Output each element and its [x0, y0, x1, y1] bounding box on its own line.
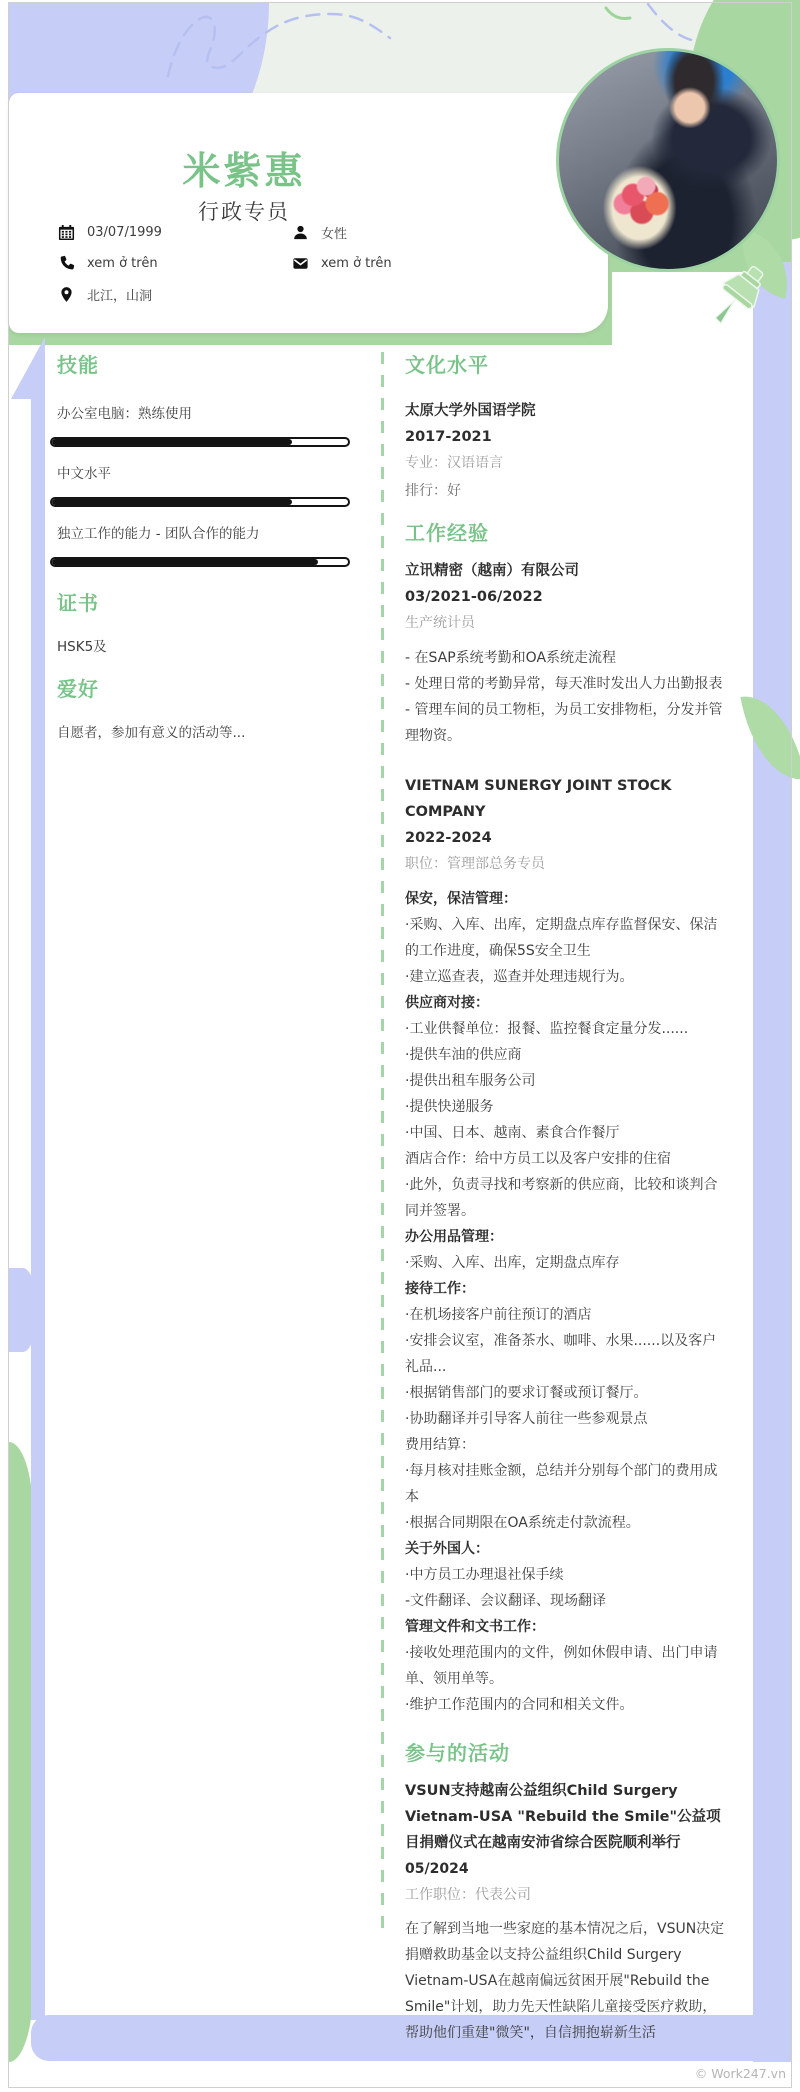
job-detail-line: ·在机场接客户前往预订的酒店 [405, 1302, 727, 1328]
candidate-name: 米紫惠 [9, 140, 479, 195]
skill-bar [50, 557, 350, 567]
job-detail-line: 供应商对接： [405, 990, 727, 1016]
skill-label: 办公室电脑：熟练使用 [57, 404, 350, 424]
contact-text: xem ở trên [87, 256, 158, 271]
job-detail-line: ·根据销售部门的要求订餐或预订餐厅。 [405, 1380, 727, 1406]
skill-item: 独立工作的能力 - 团队合作的能力 [50, 524, 350, 567]
job-detail-line: 关于外国人： [405, 1536, 727, 1562]
job-detail-line: 费用结算： [405, 1432, 727, 1458]
contact-text: xem ở trên [321, 256, 392, 271]
job-detail-line: - 处理日常的考勤异常，每天准时发出人力出勤报表 [405, 671, 727, 697]
contact-text: 北江，山洞 [87, 285, 152, 304]
education-school: 太原大学外国语学院 [405, 398, 727, 424]
resume-page: 米紫惠 行政专员 03/07/1999 女性 xem ở trên xem ở … [0, 0, 800, 2092]
job-detail-line: ·此外，负责寻找和考察新的供应商，比较和谈判合同并签署。 [405, 1172, 727, 1224]
contact-text: 女性 [321, 223, 347, 242]
left-column: 技能 办公室电脑：熟练使用 中文水平 独立工作的 [50, 345, 350, 744]
hobbies-heading: 爱好 [57, 676, 350, 702]
job-detail-line: ·提供车油的供应商 [405, 1042, 727, 1068]
contact-phone: xem ở trên [58, 253, 158, 273]
job-detail-line: ·根据合同期限在OA系统走付款流程。 [405, 1510, 727, 1536]
left-green-shape [9, 1442, 33, 2062]
contact-email: xem ở trên [292, 253, 392, 273]
left-lavender-bump [9, 1268, 37, 1352]
person-icon [292, 224, 309, 241]
skills-heading: 技能 [57, 352, 350, 378]
experience-heading: 工作经验 [405, 520, 727, 546]
column-divider [381, 352, 384, 1937]
job-position: 职位：管理部总务专员 [405, 851, 727, 877]
job-detail-line: - 在SAP系统考勤和OA系统走流程 [405, 645, 727, 671]
watermark: © Work247.vn [695, 2066, 786, 2081]
profile-photo [556, 48, 780, 272]
job-detail-line: 接待工作： [405, 1276, 727, 1302]
skill-item: 中文水平 [50, 464, 350, 507]
contact-text: 03/07/1999 [87, 225, 162, 240]
job-period: 2022-2024 [405, 825, 727, 851]
job-detail-line: ·中方员工办理退社保手续 [405, 1562, 727, 1588]
activity-role: 工作职位：代表公司 [405, 1882, 727, 1908]
job-detail-line: ·协助翻译并引导客人前往一些参观景点 [405, 1406, 727, 1432]
certificate-item: HSK5及 [57, 637, 350, 658]
job-detail-line: - 管理车间的员工物柜，为员工安排物柜，分发并管理物资。 [405, 697, 727, 749]
education-major: 专业：汉语语言 [405, 450, 727, 476]
job-period: 03/2021-06/2022 [405, 584, 727, 610]
skill-label: 独立工作的能力 - 团队合作的能力 [57, 524, 350, 544]
job-detail-line: 办公用品管理： [405, 1224, 727, 1250]
job-detail-line: -文件翻译、会议翻译、现场翻译 [405, 1588, 727, 1614]
skill-item: 办公室电脑：熟练使用 [50, 404, 350, 447]
job-entry: 立讯精密（越南）有限公司 03/2021-06/2022 生产统计员 - 在SA… [405, 558, 727, 749]
contact-gender: 女性 [292, 222, 347, 242]
job-position: 生产统计员 [405, 610, 727, 636]
education-rank: 排行：好 [405, 478, 727, 504]
job-company: 立讯精密（越南）有限公司 [405, 558, 727, 584]
skill-label: 中文水平 [57, 464, 350, 484]
phone-icon [58, 255, 75, 272]
skill-bar [50, 437, 350, 447]
job-details: 保安，保洁管理： ·采购、入库、出库，定期盘点库存监督保安、保洁的工作进度，确保… [405, 886, 727, 1718]
certificates-heading: 证书 [57, 590, 350, 616]
job-detail-line: ·采购、入库、出库，定期盘点库存监督保安、保洁的工作进度，确保5S安全卫生 [405, 912, 727, 964]
job-detail-line: 管理文件和文书工作： [405, 1614, 727, 1640]
job-detail-line: ·中国、日本、越南、素食合作餐厅 [405, 1120, 727, 1146]
education-years: 2017-2021 [405, 424, 727, 450]
job-detail-line: ·接收处理范围内的文件，例如休假申请、出门申请单、领用单等。 [405, 1640, 727, 1692]
left-lavender-stripe [31, 395, 45, 2020]
job-company: VIETNAM SUNERGY JOINT STOCK COMPANY [405, 773, 727, 825]
skill-bar-fill [52, 439, 292, 445]
skill-bar-fill [52, 499, 292, 505]
location-icon [58, 286, 75, 303]
activity-title: VSUN支持越南公益组织Child Surgery Vietnam-USA "R… [405, 1778, 727, 1856]
contact-birthdate: 03/07/1999 [58, 222, 162, 242]
education-heading: 文化水平 [405, 352, 727, 378]
right-column: 文化水平 太原大学外国语学院 2017-2021 专业：汉语语言 排行：好 工作… [405, 345, 727, 2046]
activity-description: 在了解到当地一些家庭的基本情况之后，VSUN决定捐赠救助基金以支持公益组织Chi… [405, 1916, 727, 2046]
hobbies-text: 自愿者，参加有意义的活动等... [57, 723, 350, 744]
calendar-icon [58, 224, 75, 241]
contact-location: 北江，山洞 [58, 284, 152, 304]
job-detail-line: ·工业供餐单位：报餐、监控餐食定量分发...... [405, 1016, 727, 1042]
skills-list: 办公室电脑：熟练使用 中文水平 独立工作的能力 - 团队合作的能力 [50, 404, 350, 567]
job-detail-line: ·提供出租车服务公司 [405, 1068, 727, 1094]
job-details: - 在SAP系统考勤和OA系统走流程 - 处理日常的考勤异常，每天准时发出人力出… [405, 645, 727, 749]
job-detail-line: 保安，保洁管理： [405, 886, 727, 912]
skill-bar [50, 497, 350, 507]
job-detail-line: ·安排会议室，准备茶水、咖啡、水果......以及客户礼品... [405, 1328, 727, 1380]
job-detail-line: ·维护工作范围内的合同和相关文件。 [405, 1692, 727, 1718]
left-triangle-decoration [11, 337, 45, 399]
activities-heading: 参与的活动 [405, 1740, 727, 1766]
job-detail-line: ·建立巡查表，巡查并处理违规行为。 [405, 964, 727, 990]
right-lavender-stripe [753, 262, 791, 2062]
job-detail-line: 酒店合作：给中方员工以及客户安排的住宿 [405, 1146, 727, 1172]
job-detail-line: ·采购、入库、出库，定期盘点库存 [405, 1250, 727, 1276]
activity-period: 05/2024 [405, 1856, 727, 1882]
skill-bar-fill [52, 559, 318, 565]
job-entry: VIETNAM SUNERGY JOINT STOCK COMPANY 2022… [405, 773, 727, 1718]
job-detail-line: ·提供快递服务 [405, 1094, 727, 1120]
mail-icon [292, 255, 309, 272]
job-detail-line: ·每月核对挂账金额，总结并分别每个部门的费用成本 [405, 1458, 727, 1510]
